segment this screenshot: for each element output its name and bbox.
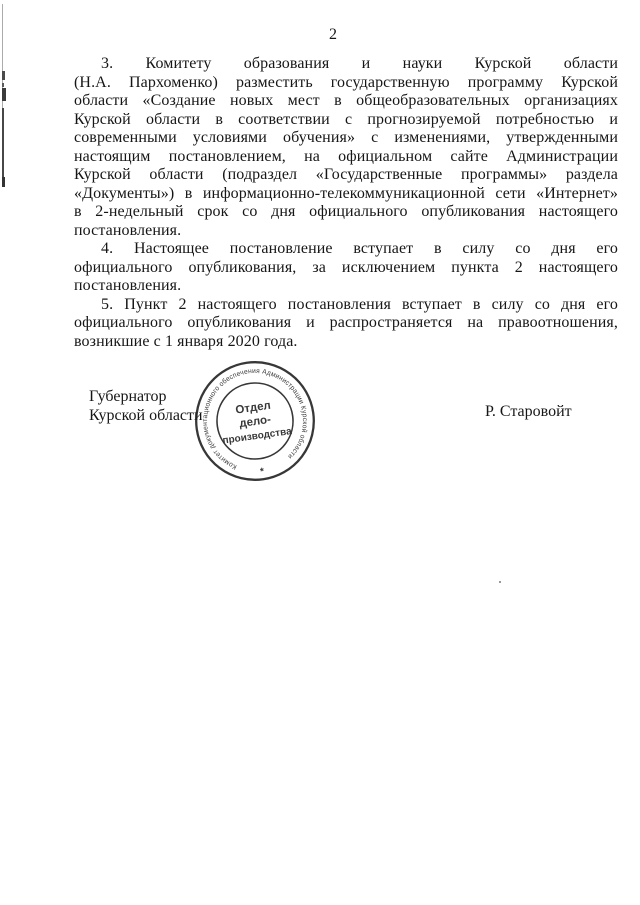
signature-title-line2: Курской области — [89, 406, 203, 425]
body-line: «Документы») в информационно-телекоммуни… — [74, 185, 618, 204]
stamp-seal-graphic: Комитет документационного обеспечения Ад… — [185, 351, 325, 491]
paragraph: 5. Пункт 2 настоящего постановления всту… — [74, 296, 618, 352]
document-body: 3. Комитету образования и науки Курской … — [74, 55, 618, 351]
body-line: 5. Пункт 2 настоящего постановления всту… — [74, 296, 618, 315]
official-stamp: Комитет документационного обеспечения Ад… — [185, 351, 325, 491]
body-line: возникшие с 1 января 2020 года. — [74, 333, 618, 352]
scan-edge-mark — [2, 83, 4, 87]
signature-title: Губернатор Курской области — [89, 387, 203, 425]
scan-edge-mark — [2, 177, 5, 187]
paragraph: 3. Комитету образования и науки Курской … — [74, 55, 618, 240]
body-line: Курской области в соответствии с прогноз… — [74, 111, 618, 130]
scan-speck — [499, 581, 501, 583]
body-line: области «Создание новых мест в общеобраз… — [74, 92, 618, 111]
body-line: официального опубликования, за исключени… — [74, 259, 618, 278]
scan-edge-line — [2, 108, 4, 180]
stamp-star: * — [259, 466, 264, 477]
body-line: (Н.А. Пархоменко) разместить государстве… — [74, 74, 618, 93]
body-line: 3. Комитету образования и науки Курской … — [74, 55, 618, 74]
body-line: современными условиями обучения» с измен… — [74, 129, 618, 148]
body-line: Курской области (подраздел «Государствен… — [74, 166, 618, 185]
document-page: 2 3. Комитету образования и науки Курско… — [0, 0, 640, 905]
stamp-center-line2: дело- — [239, 414, 272, 430]
scan-edge-mark — [2, 88, 6, 101]
body-line: постановления. — [74, 277, 618, 296]
signature-name: Р. Старовойт — [485, 403, 572, 421]
body-line: 4. Настоящее постановление вступает в си… — [74, 240, 618, 259]
signature-title-line1: Губернатор — [89, 387, 203, 406]
paragraph: 4. Настоящее постановление вступает в си… — [74, 240, 618, 296]
body-line: в 2-недельный срок со дня официального о… — [74, 203, 618, 222]
scan-edge-mark — [2, 71, 5, 80]
page-number: 2 — [74, 26, 592, 44]
stamp-center-line3: производства — [222, 426, 293, 447]
body-line: настоящим постановлением, на официальном… — [74, 148, 618, 167]
body-line: постановления. — [74, 222, 618, 241]
body-line: официального опубликования и распростран… — [74, 314, 618, 333]
